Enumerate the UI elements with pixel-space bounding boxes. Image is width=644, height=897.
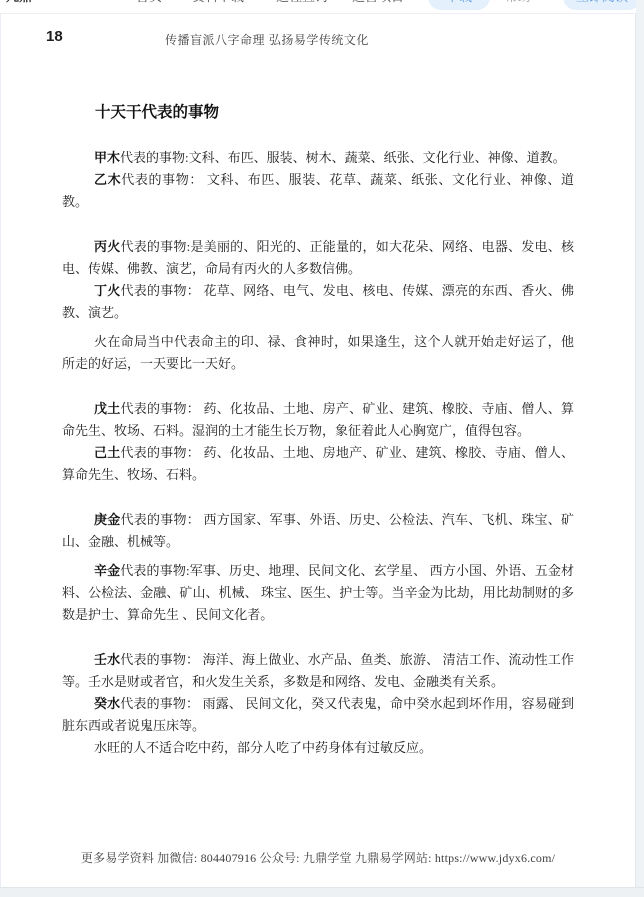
nav-item-3[interactable]: 资料下载 — [192, 0, 244, 14]
paragraph: 水旺的人不适合吃中药，部分人吃了中药身体有过敏反应。 — [62, 737, 574, 759]
paragraph: 甲木代表的事物:文科、布匹、服装、树木、蔬菜、纸张、文化行业、神像、道教。 — [62, 147, 574, 169]
footer-line: 更多易学资料 加微信: 804407916 公众号: 九鼎学堂 九鼎易学网站: … — [0, 849, 636, 866]
paragraph-lead: 戊土 — [94, 401, 121, 416]
right-gutter — [635, 0, 644, 897]
paragraph: 癸水代表的事物： 雨露、 民间文化，癸又代表鬼，命中癸水起到坏作用，容易碰到脏东… — [62, 693, 574, 737]
bottom-gutter — [0, 887, 644, 897]
paragraph: 丁火代表的事物： 花草、网络、电气、发电、核电、传媒、漂亮的东西、香火、佛教、演… — [62, 280, 574, 324]
paragraph: 火在命局当中代表命主的印、禄、食神时，如果逢生，这个人就开始走好运了，他所走的好… — [62, 331, 574, 375]
navbar-items: 九鼎首页资料下载运程查询运营项目下载帮助立即阅读 — [0, 0, 636, 14]
paragraph: 戊土代表的事物： 药、化妆品、土地、房产、矿业、建筑、橡胶、寺庙、僧人、算命先生… — [62, 398, 574, 442]
paragraph-lead: 丁火 — [94, 283, 121, 298]
paragraph: 己土代表的事物： 药、化妆品、土地、房地产、矿业、建筑、橡胶、寺庙、僧人、算命先… — [62, 442, 574, 486]
paragraph-lead: 乙木 — [94, 172, 121, 187]
running-header: 18 传播盲派八字命理 弘扬易学传统文化 — [0, 28, 636, 50]
paragraph: 乙木代表的事物： 文科、布匹、服装、花草、蔬菜、纸张、文化行业、神像、道教。 — [62, 169, 574, 213]
section-title: 十天干代表的事物 — [62, 103, 574, 123]
paragraph-group: 丙火代表的事物:是美丽的、阳光的、正能量的，如大花朵、网络、电器、发电、核电、传… — [62, 236, 574, 375]
paragraph: 壬水代表的事物： 海洋、海上做业、水产品、鱼类、旅游、 清洁工作、流动性工作等。… — [62, 649, 574, 693]
nav-item-1[interactable]: 九鼎 — [6, 0, 32, 14]
paragraph-group: 壬水代表的事物： 海洋、海上做业、水产品、鱼类、旅游、 清洁工作、流动性工作等。… — [62, 649, 574, 759]
nav-item-5[interactable]: 运营项目 — [352, 0, 404, 14]
document-body: 十天干代表的事物 甲木代表的事物:文科、布匹、服装、树木、蔬菜、纸张、文化行业、… — [62, 103, 574, 759]
paragraph: 丙火代表的事物:是美丽的、阳光的、正能量的，如大花朵、网络、电器、发电、核电、传… — [62, 236, 574, 280]
paragraph-lead: 壬水 — [94, 652, 120, 667]
paragraph-lead: 甲木 — [94, 150, 120, 165]
page-left-edge — [0, 14, 1, 888]
nav-item-4[interactable]: 运程查询 — [276, 0, 328, 14]
document-page: 九鼎首页资料下载运程查询运营项目下载帮助立即阅读 18 传播盲派八字命理 弘扬易… — [0, 0, 644, 897]
paragraph-lead: 己土 — [94, 445, 121, 460]
page-number: 18 — [46, 28, 63, 45]
nav-pill-button[interactable]: 立即阅读 — [563, 0, 636, 10]
paragraph: 庚金代表的事物： 西方国家、军事、外语、历史、公检法、汽车、飞机、珠宝、矿山、金… — [62, 509, 574, 553]
nav-item-7[interactable]: 帮助 — [505, 0, 531, 14]
paragraph-group: 庚金代表的事物： 西方国家、军事、外语、历史、公检法、汽车、飞机、珠宝、矿山、金… — [62, 509, 574, 626]
paragraph: 辛金代表的事物:军事、历史、地理、民间文化、玄学星、 西方小国、外语、五金材料、… — [62, 560, 574, 626]
paragraph-group: 甲木代表的事物:文科、布匹、服装、树木、蔬菜、纸张、文化行业、神像、道教。乙木代… — [62, 147, 574, 213]
paragraph-lead: 癸水 — [94, 696, 120, 711]
header-slogan: 传播盲派八字命理 弘扬易学传统文化 — [165, 31, 369, 48]
nav-item-2[interactable]: 首页 — [136, 0, 162, 14]
paragraph-lead: 庚金 — [94, 512, 121, 527]
top-navbar-clipped: 九鼎首页资料下载运程查询运营项目下载帮助立即阅读 — [0, 0, 636, 14]
paragraph-group: 戊土代表的事物： 药、化妆品、土地、房产、矿业、建筑、橡胶、寺庙、僧人、算命先生… — [62, 398, 574, 486]
content-groups: 甲木代表的事物:文科、布匹、服装、树木、蔬菜、纸张、文化行业、神像、道教。乙木代… — [62, 147, 574, 759]
paragraph-lead: 辛金 — [94, 563, 120, 578]
paragraph-lead: 丙火 — [94, 239, 120, 254]
nav-pill-button[interactable]: 下载 — [428, 0, 490, 10]
